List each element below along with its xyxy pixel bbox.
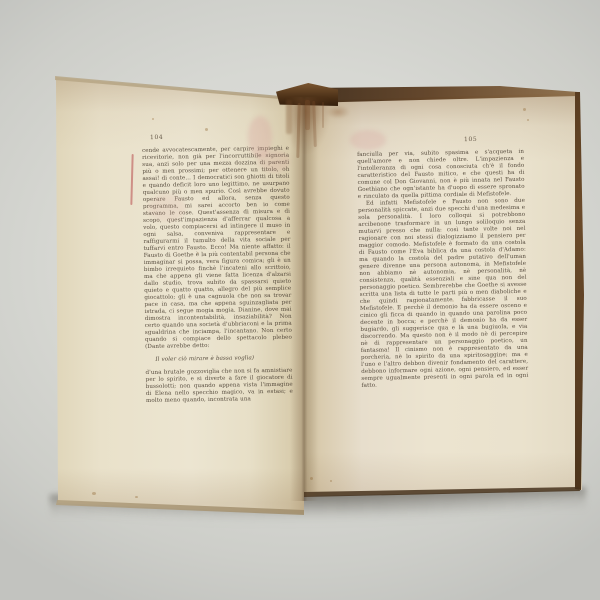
left-page-text: cende avvocatescamente, per carpire impi… — [142, 146, 293, 405]
stain-drip — [305, 100, 310, 130]
body-paragraph: Ed infatti Mefistofele e Fausto non sono… — [358, 198, 529, 390]
foxing-spot — [92, 492, 96, 495]
book-photograph: 104 cende avvocatescamente, per carpire … — [0, 0, 600, 600]
foxing-spot — [152, 118, 154, 120]
foxing-spot — [330, 480, 332, 482]
pink-stain — [350, 130, 386, 150]
stain-blotch — [322, 103, 354, 121]
margin-pencil-mark — [130, 154, 133, 205]
foxing-spot — [527, 119, 529, 121]
foxing-spot — [197, 252, 199, 254]
foxing-spot — [523, 108, 526, 111]
stain-drip — [286, 100, 292, 134]
right-page-text: fanciulla per via, subito spasima e s'ac… — [357, 149, 529, 390]
body-paragraph: cende avvocatescamente, per carpire impi… — [142, 146, 292, 351]
right-page-number: 105 — [464, 136, 477, 143]
foxing-spot — [205, 128, 208, 131]
left-page-number: 104 — [150, 134, 163, 141]
quoted-verse-line: Il voler ciò mirare è bassa voglia) — [155, 355, 292, 364]
foxing-spot — [135, 496, 138, 498]
foxing-spot — [452, 300, 454, 302]
pink-stain — [148, 194, 186, 222]
body-paragraph: fanciulla per via, subito spasima e s'ac… — [357, 149, 525, 201]
body-paragraph: d'una brutale gozzoviglia che non si fa … — [145, 368, 293, 405]
